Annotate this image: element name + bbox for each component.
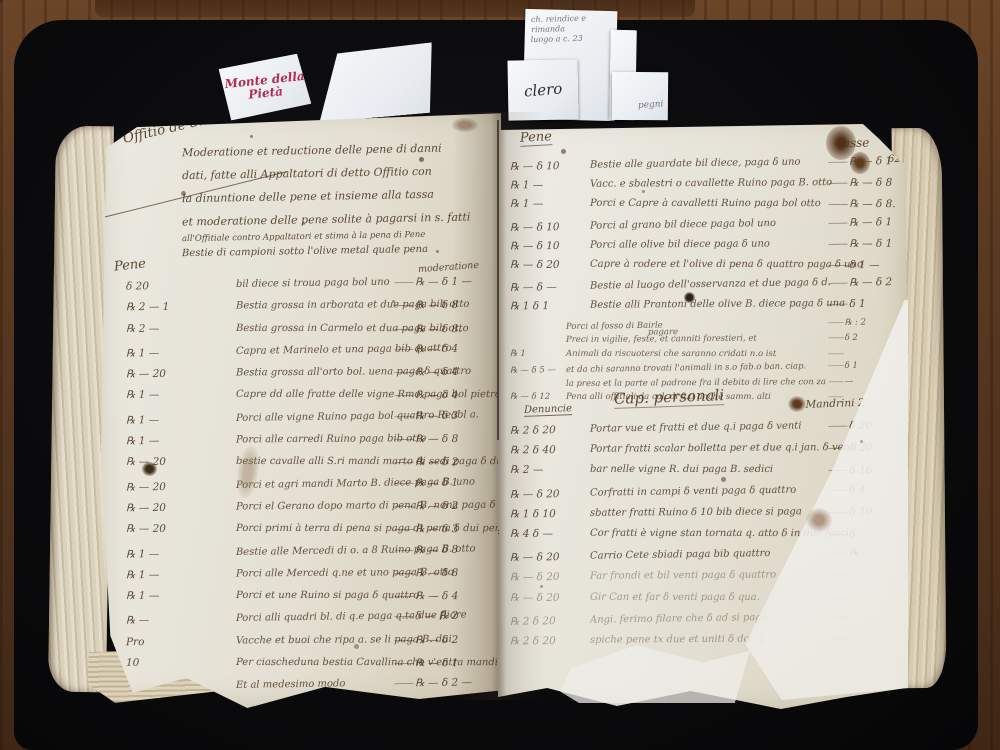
row-description: Far frondi et bil venti paga δ quattro (590, 570, 776, 582)
ledger-row: ℞ 2 — 1Bestia grossa in arborata et due … (96, 299, 505, 324)
ledger-row: ℞ 1 —Porci alle Mercedi q.ne et uno paga… (96, 566, 505, 591)
row-amount: ℞ — δ 4 (394, 390, 458, 402)
row-description: Bestie alle guardate bil diece, paga δ u… (590, 157, 801, 171)
sticky-note-pegni: pegni (612, 72, 668, 120)
note-text-line: ch. reindice e rimanda (531, 13, 615, 35)
row-code: ℞ 1 — (126, 547, 226, 560)
ink-stain (850, 152, 870, 174)
row-description: Bestie alli Prantoni delle olive B. diec… (590, 298, 845, 311)
ledger-row: ℞ 1 —Capre dd alle fratte delle vigne Rm… (96, 389, 505, 412)
left-page: Offitio de d. d. Moderatione et reductio… (96, 106, 505, 708)
row-amount: ℞ — δ 2 (394, 500, 458, 512)
row-amount: — (828, 377, 853, 387)
row-description: Porci al grano bil diece paga bol uno (590, 217, 776, 231)
row-description: Capre à rodere et l'olive di pena δ quat… (590, 259, 863, 270)
note-text-line: Pietà (248, 85, 284, 102)
row-code: δ 20 (126, 279, 226, 292)
section-side-note: e Mandrini 2 (796, 397, 865, 411)
row-description: Gir Can et far δ venti paga δ qua. (590, 591, 760, 602)
row-code: Pro (126, 635, 226, 648)
ledger-row: ℞ 2 —Bestia grossa in Carmelo et dua pag… (96, 322, 505, 345)
ledger-row: ℞ 1 —Porci alle carredi Ruino paga bib o… (96, 433, 505, 458)
row-amount: ℞ — δ 2 (828, 276, 892, 289)
row-description: Angi. ferimo filare che δ ad si paga l. (590, 612, 777, 626)
left-margin-label: Pene (113, 256, 146, 274)
row-code: ℞ 1 — (126, 568, 226, 581)
row-amount: ℞ — δ 3 (394, 409, 458, 422)
row-code: ℞ 1 — (126, 346, 226, 359)
row-code: ℞ 2 — (126, 322, 226, 334)
foxing-stain (452, 118, 478, 132)
row-code: ℞ — 20 (126, 523, 226, 535)
row-code: ℞ 1 — (126, 389, 226, 401)
paper-specks (0, 0, 3, 3)
row-amount: δ — ℞ 2 (394, 610, 458, 623)
row-description: Porci e Capre à cavalletti Ruino paga bo… (590, 198, 821, 209)
row-amount: ℞ — δ 8 (394, 543, 458, 556)
row-amount: ℞ — δ 4 (394, 366, 458, 378)
row-amount: ℞ — δ 2 (394, 456, 458, 468)
row-description: Animali da riscuotersi che saranno crida… (566, 349, 776, 359)
gutter-crease-line (497, 120, 499, 440)
row-description: Corfratti in campi δ venti paga δ quattr… (590, 484, 796, 498)
foxing-stain (806, 508, 832, 532)
paragraph-line: la dinuntione delle pene et insieme alla… (182, 188, 434, 205)
ledger-row: ℞ 1 —Vacc. e sbalestri o cavallette Ruin… (498, 177, 908, 200)
row-amount: δ 1 — (828, 259, 880, 271)
row-amount (828, 349, 843, 359)
row-amount: ℞ : 2 (828, 318, 866, 329)
row-description: Portar vue et fratti et due q.i paga δ v… (590, 421, 802, 435)
row-code: ℞ 1 — (126, 590, 226, 602)
row-description: Carrio Cete sbiadi paga bib quattro (590, 548, 771, 562)
row-description: bil diece si troua paga bol uno (236, 277, 390, 290)
row-code: ℞ — 20 (126, 480, 226, 493)
ledger-row: ℞ 1 —Porci e Capre à cavalletti Ruino pa… (498, 198, 908, 219)
row-description: Bestie al luogo dell'osservanza et due p… (590, 277, 831, 292)
row-code: ℞ — 20 (126, 501, 226, 514)
row-description: Porci alle olive bil diece paga δ uno (590, 238, 770, 250)
row-amount: ℞ — δ 1 (394, 657, 458, 669)
row-code: ℞ 1 — (126, 435, 226, 448)
paragraph-line: Bestie di campioni sotto l'olive metal q… (182, 244, 428, 259)
photo-scene: Monte della Pietà ch. reindice e rimanda… (0, 0, 1000, 750)
row-description: bar nelle vigne R. dui paga B. sedici (590, 464, 773, 475)
row-amount: ℞ — δ 4 (394, 343, 458, 356)
note-text-line: clero (523, 79, 563, 100)
paragraph-line: Moderatione et reductione delle pene di … (182, 142, 442, 160)
row-inserted-word: pagare (648, 328, 678, 338)
ledger-row: ℞ — 20Porci primi à terra di pena si pag… (96, 523, 505, 546)
row-amount: ℞ — δ 8 (394, 433, 458, 445)
note-text-line: pegni (638, 99, 664, 111)
row-code: ℞ — 20 (126, 456, 226, 468)
row-amount: ℞ — δ 8 (394, 299, 458, 311)
ledger-rows-right-upper: ℞ — δ 10Bestie alle guardate bil diece, … (498, 158, 908, 320)
ledger-row: ℞ — δ 10Porci alle olive bil diece paga … (498, 237, 908, 260)
gutter-shadow (452, 112, 546, 700)
paragraph-line: all'Offitiale contro Appaltatori et stim… (182, 230, 425, 244)
ledger-row: ProVacche et buoi che ripa a. se li paga… (96, 633, 505, 658)
row-amount: ℞ — δ 1 (394, 476, 458, 489)
row-amount: ℞ — δ 4 (394, 590, 458, 602)
ink-stain (788, 396, 806, 412)
section-title: Cap. personali (614, 386, 725, 409)
row-amount: ℞ — δ 3 (394, 523, 458, 535)
paragraph-line: dati, fatte alli Appaltatori di detto Of… (182, 165, 432, 182)
row-amount: ℞ — δ 8. (828, 198, 896, 210)
ink-stain (142, 462, 157, 476)
row-amount: ℞ — δ 1 (828, 216, 892, 229)
row-amount: δ 1 (828, 361, 858, 371)
ledger-row: ℞ — 20Bestia grossa all'orto bol. uena p… (96, 366, 505, 391)
row-description: sbatter fratti Ruino δ 10 bib diece si p… (590, 506, 802, 518)
ledger-rows-left: δ 20bil diece si troua paga bol uno℞ — δ… (96, 278, 505, 702)
ledger-row: ℞ — 20Porci el Gerano dopo marto di pena… (96, 500, 505, 525)
ledger-row: ℞ — 20bestie cavalle alli S.ri mandi mar… (96, 456, 505, 479)
row-amount: ℞ — δ 1 (828, 237, 892, 249)
row-description: Portar fratti scalar bolletta per et due… (590, 442, 857, 455)
row-code: ℞ — (126, 614, 226, 627)
row-code: ℞ 1 — (126, 413, 226, 426)
row-amount: ℞ — δ 2 (394, 634, 458, 646)
row-code: ℞ — 20 (126, 368, 226, 381)
ledger-row: Preci in vigilie, feste, et canniti fore… (498, 333, 908, 350)
row-amount: δ 2 (828, 333, 858, 343)
row-amount: ℞ — δ 8 (828, 177, 892, 189)
row-description: Porci et une Ruino si paga δ quattro (236, 590, 419, 601)
row-description: Vacc. e sbalestri o cavallette Ruino pag… (590, 177, 832, 190)
row-code: ℞ 2 — 1 (126, 301, 226, 314)
row-description: et da chi saranno trovati l'animali in s… (566, 362, 806, 376)
row-description: spiche pene tx due et uniti δ doi q. (590, 633, 766, 645)
note-text-line: luogo a c. 23 (531, 33, 615, 45)
ink-stain (684, 292, 695, 303)
row-amount: δ 1 (828, 298, 866, 310)
row-code: 10 (126, 657, 226, 669)
paragraph-line: et moderatione delle pene solite à pagar… (182, 210, 471, 228)
row-amount: ℞ — δ 8 (394, 567, 458, 579)
